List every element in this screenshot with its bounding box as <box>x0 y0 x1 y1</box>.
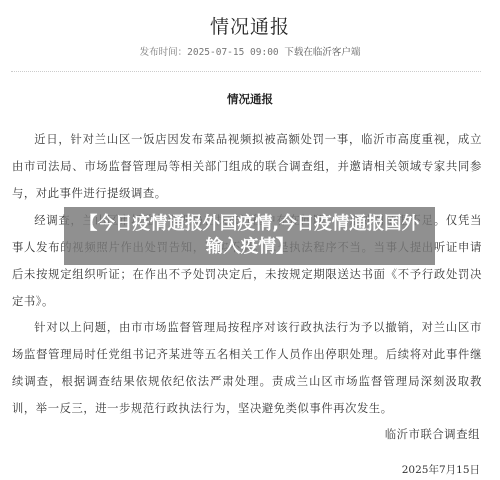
page-title: 情况通报 <box>0 12 500 39</box>
publish-time: 2025-07-15 09:00 <box>187 47 279 58</box>
paragraph-text: 近日，针对兰山区一饭店因发布菜品视频拟被高额处罚一事，临沂市高度重视，成立由市司… <box>12 133 482 200</box>
paragraph-3: 针对以上问题，由市市场监督管理局按程序对该行政执法行为予以撤销，对兰山区市场监督… <box>12 314 482 422</box>
paragraph-text: 针对以上问题，由市市场监督管理局按程序对该行政执法行为予以撤销，对兰山区市场监督… <box>12 321 482 415</box>
banner-headline: 【今日疫情通报外国疫情,今日疫情通报国外输入疫情】 <box>72 213 427 259</box>
headline-overlay-banner: 【今日疫情通报外国疫情,今日疫情通报国外输入疫情】 <box>64 207 435 265</box>
document-title: 情况通报 <box>0 91 500 107</box>
publish-meta: 发布时间：2025-07-15 09:00 下载在临沂客户端 <box>0 44 500 58</box>
header-divider <box>11 71 481 72</box>
signature-date: 2025年7月15日 <box>402 462 480 477</box>
signature-organization: 临沂市联合调查组 <box>385 426 480 442</box>
download-app-link[interactable]: 下载在临沂客户端 <box>284 47 360 58</box>
publish-label: 发布时间： <box>140 47 188 58</box>
paragraph-1: 近日，针对兰山区一饭店因发布菜品视频拟被高额处罚一事，临沂市高度重视，成立由市司… <box>12 126 482 207</box>
